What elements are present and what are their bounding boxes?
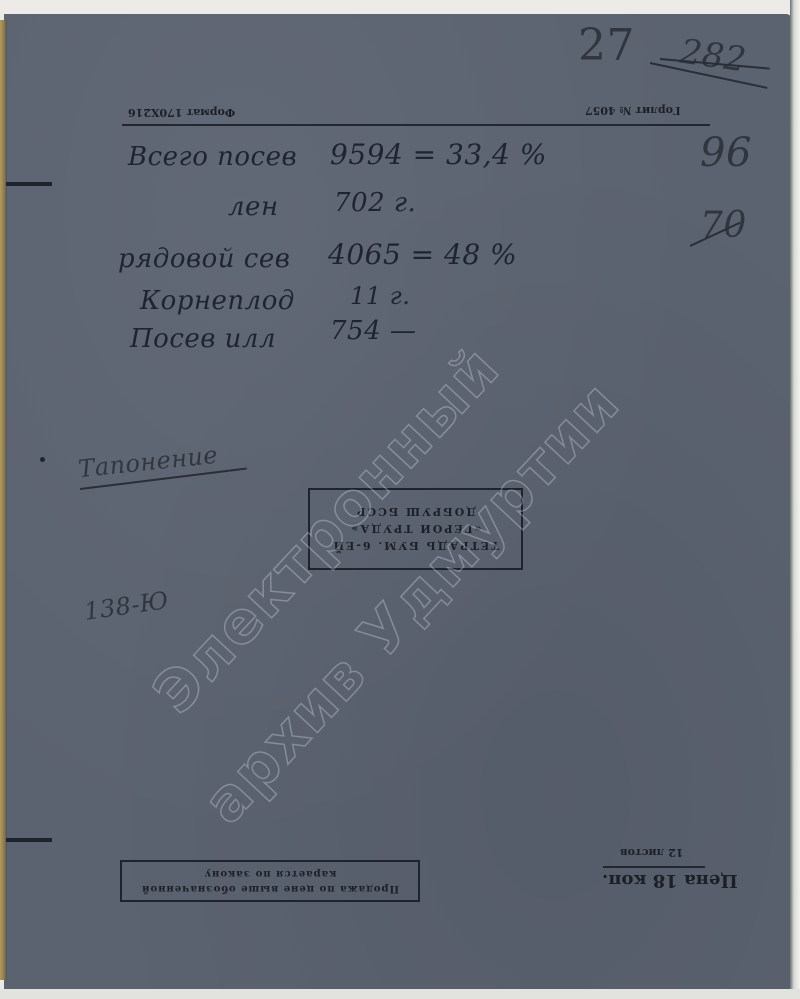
entry-value-row-sowing: 4065 = 48 % [328,238,517,271]
entry-value-flax: 702 г. [334,188,416,218]
sheets-label: 12 листов [620,846,684,859]
entry-value-sowing-other: 754 — [330,316,416,346]
bullet-mark [40,457,45,462]
archive-number-right-1: 96 [700,130,752,176]
binding-mark-top [6,182,52,186]
entry-value-total-sowing: 9594 = 33,4 % [330,138,547,171]
entry-label-flax: лен [228,192,279,222]
price-label: Цена 18 коп. [602,870,738,891]
entry-label-root-crops: Корнеплод [140,286,295,316]
stamp-line-2: «ГЕРОИ ТРУДА» [350,521,482,538]
binding-mark-bottom [6,838,52,842]
archive-number-right-2: 70 [700,205,747,246]
manufacturer-stamp: ТЕТРАДЬ БУМ. 6-ЕЙ «ГЕРОИ ТРУДА» ДОБРУШ Б… [308,488,523,570]
stamp-line-1: ТЕТРАДЬ БУМ. 6-ЕЙ [332,538,500,555]
entry-label-row-sowing: рядовой сев [118,244,290,274]
header-rule [122,124,710,126]
sale-notice-box: Продажа по цене выше обозначенной карает… [120,860,420,902]
archive-number-top: 27 [578,20,635,71]
entry-label-sowing-other: Посев илл [130,324,276,354]
stamp-line-3: ДОБРУШ БССР [355,504,476,521]
sale-notice-line-2: карается по закону [204,866,337,881]
sale-notice-line-1: Продажа по цене выше обозначенной [141,881,399,896]
scan-background-bottom [0,989,800,999]
gorlit-label: Горлит № 4057 [585,104,681,117]
price-rule [603,866,705,868]
entry-value-root-crops: 11 г. [350,282,410,310]
format-label: Формат 170Х216 [128,106,235,119]
scan-background-right [790,0,800,999]
cover-spine-edge [0,20,7,980]
entry-label-total-sowing: Всего посев [128,142,297,172]
